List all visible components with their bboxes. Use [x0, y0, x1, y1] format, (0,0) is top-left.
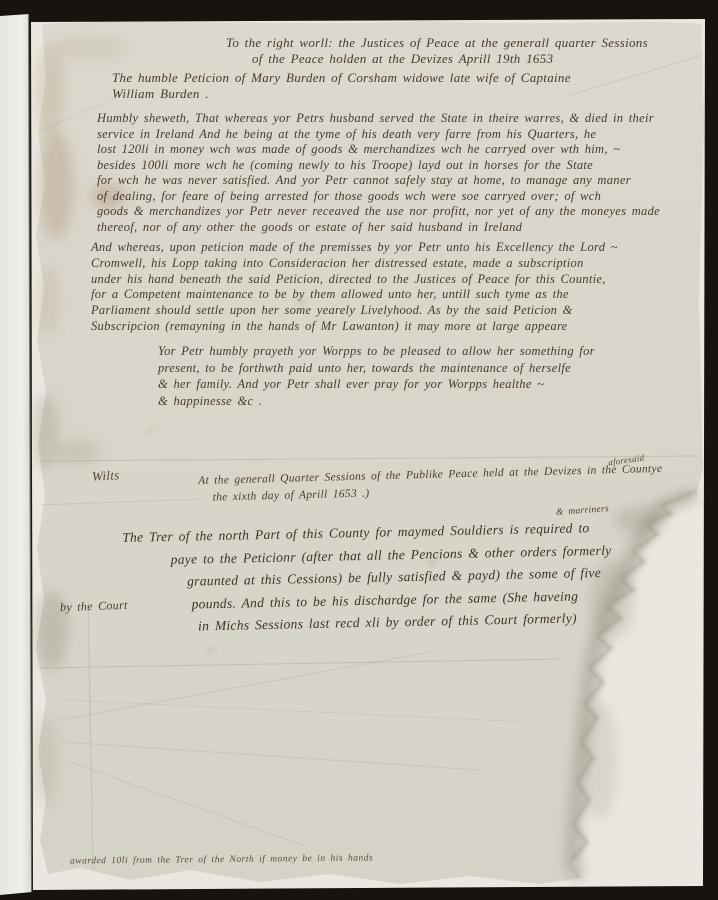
body-line: Cromwell, his Lopp taking into Considera…: [91, 256, 618, 272]
body-line: for a Competent maintenance to be by the…: [91, 287, 618, 303]
body-line: Parliament should settle upon her some y…: [91, 303, 618, 319]
whereas-paragraph: And whereas, upon peticion made of the p…: [91, 240, 618, 335]
body-line: lost 120li in money wch was made of good…: [97, 142, 660, 158]
scanned-manuscript-view: { "colors": { "background": "#17130e", "…: [0, 0, 718, 900]
body-line: & happinesse &c .: [158, 393, 595, 410]
title-line: William Burden .: [112, 86, 571, 102]
body-line: Subscripcion (remayning in the hands of …: [91, 319, 618, 335]
by-the-court-margin-note: by the Court: [60, 598, 128, 615]
title-line: The humble Peticion of Mary Burden of Co…: [112, 70, 571, 86]
body-line: present, to be forthwth paid unto her, t…: [158, 360, 595, 377]
body-line: goods & merchandizes yor Petr never rece…: [97, 204, 660, 220]
body-line: of dealing, for feare of being arrested …: [97, 189, 660, 205]
body-line: And whereas, upon peticion made of the p…: [91, 240, 618, 256]
body-line: service in Ireland And he being at the t…: [97, 127, 660, 143]
body-line: & her family. And yor Petr shall ever pr…: [158, 376, 595, 393]
county-margin-note: Wilts: [92, 467, 120, 484]
body-line: Yor Petr humbly prayeth yor Worpps to be…: [158, 343, 595, 360]
body-line: under his hand beneath the said Peticion…: [91, 272, 618, 288]
body-line: for wch he was never satisfied. And yor …: [97, 173, 660, 189]
body-line: besides 100li more wch he (coming newly …: [97, 158, 660, 174]
body-line: Humbly sheweth, That whereas yor Petrs h…: [97, 111, 660, 127]
facing-page-edge: [0, 14, 32, 895]
petition-address: To the right worll: the Justices of Peac…: [226, 35, 648, 67]
court-order-paragraph: The Trer of the north Part of this Count…: [122, 517, 613, 640]
address-line: To the right worll: the Justices of Peac…: [226, 35, 648, 51]
petition-title: The humble Peticion of Mary Burden of Co…: [112, 70, 571, 101]
petition-body-paragraph: Humbly sheweth, That whereas yor Petrs h…: [97, 111, 660, 235]
prayer-paragraph: Yor Petr humbly prayeth yor Worpps to be…: [158, 343, 595, 409]
body-line: thereof, nor of any other the goods or e…: [97, 220, 660, 236]
address-line: of the Peace holden at the Devizes April…: [252, 51, 648, 67]
